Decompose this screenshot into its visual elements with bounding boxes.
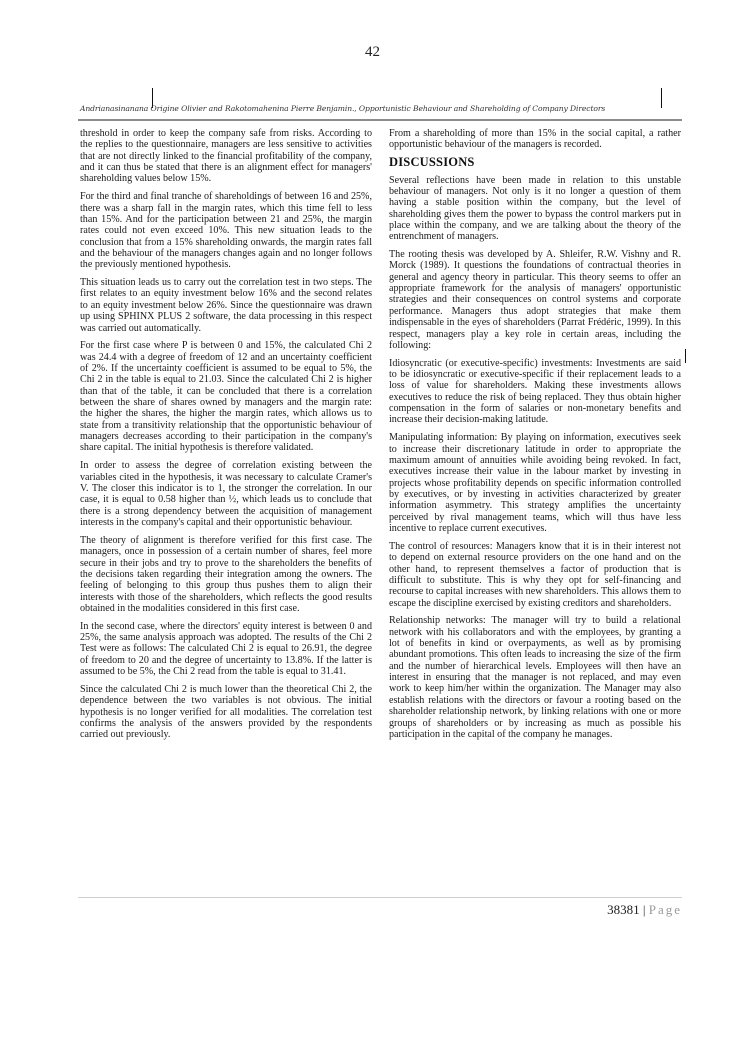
paragraph: For the first case where P is between 0 … [80,340,372,453]
paragraph: Since the calculated Chi 2 is much lower… [80,684,372,741]
page-footer: 38381 | Page [607,902,682,918]
paragraph: From a shareholding of more than 15% in … [389,128,681,151]
paragraph: The rooting thesis was developed by A. S… [389,249,681,351]
running-head: Andrianasinanana Origine Olivier and Rak… [80,104,680,113]
paragraph: Idiosyncratic (or executive-specific) in… [389,358,681,426]
text-cursor-marker [685,349,686,363]
paragraph: This situation leads us to carry out the… [80,277,372,334]
paragraph: The theory of alignment is therefore ver… [80,535,372,614]
paragraph: threshold in order to keep the company s… [80,128,372,185]
footer-divider [78,897,682,898]
paragraph: In order to assess the degree of correla… [80,460,372,528]
header-divider [78,119,682,121]
paragraph: Manipulating information: By playing on … [389,432,681,534]
section-heading: DISCUSSIONS [389,157,681,168]
paragraph: The control of resources: Managers know … [389,541,681,609]
footer-page-label: Page [649,902,682,917]
left-column: threshold in order to keep the company s… [80,128,372,747]
footer-page-number: 38381 [607,902,640,917]
right-column: From a shareholding of more than 15% in … [389,128,681,747]
paragraph: Relationship networks: The manager will … [389,615,681,740]
paragraph: For the third and final tranche of share… [80,191,372,270]
page-number: 42 [0,44,745,61]
paragraph: Several reflections have been made in re… [389,175,681,243]
paragraph: In the second case, where the directors'… [80,621,372,678]
footer-separator: | [643,902,646,917]
